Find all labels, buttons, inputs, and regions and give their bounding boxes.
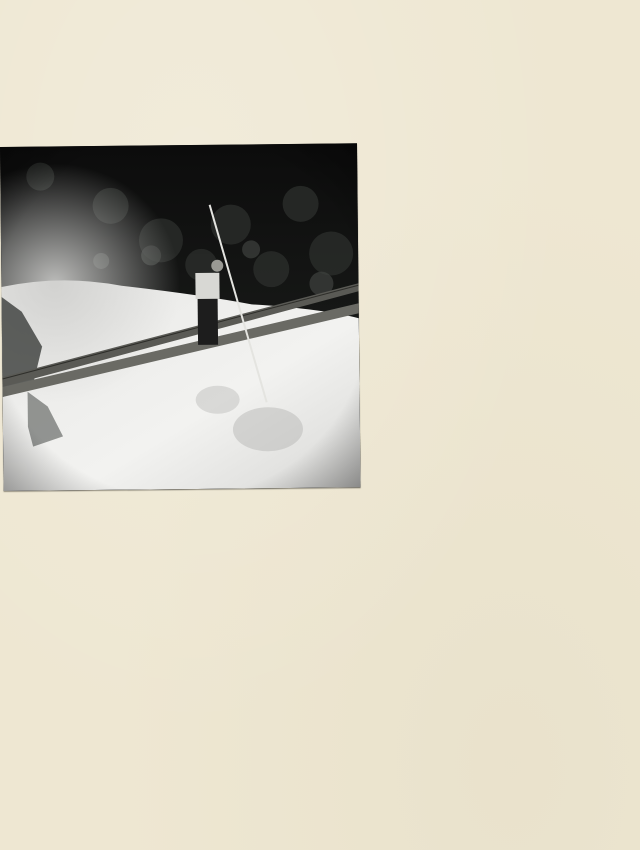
photo-image [0,143,361,491]
album-page [0,0,640,850]
mounted-photograph [0,143,361,491]
